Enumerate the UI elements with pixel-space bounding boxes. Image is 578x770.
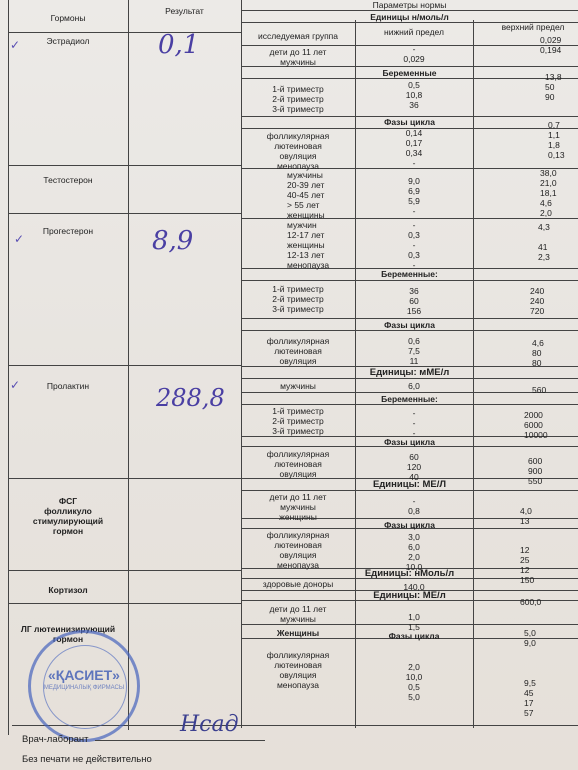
column-header-lower: нижний предел [355, 27, 473, 37]
column-header-result: Результат [128, 6, 241, 16]
column-header-hormones: Гормоны [8, 13, 128, 23]
table-cell-text: 9,5 [524, 678, 536, 688]
table-cell-text: мужчины [241, 57, 355, 67]
table-cell-text [538, 232, 550, 242]
table-cell-text: 240 [530, 296, 544, 306]
table-cell-text: 240240720 [530, 286, 544, 316]
lab-results-sheet: Гормоны Результат Параметры нормы Единиц… [0, 0, 578, 770]
table-cell-text: -0,8 [355, 496, 473, 516]
table-rule [241, 330, 578, 331]
table-cell-text: 0,8 [355, 506, 473, 516]
hormone-name-testosterone: Тестостерон [8, 175, 128, 185]
table-cell-text: 36 [355, 100, 473, 110]
table-cell-text: 2,3 [538, 252, 550, 262]
table-cell-text: 1,01,5 [355, 612, 473, 632]
table-cell-text: 45 [524, 688, 536, 698]
table-cell-text: мужчины [241, 502, 355, 512]
table-cell-text: - [355, 206, 473, 216]
table-cell-text: 240 [530, 286, 544, 296]
table-cell-text: 4,3 [538, 222, 550, 232]
hormone-name-prolactin: Пролактин [8, 381, 128, 391]
table-cell-text: 9,06,95,9- [355, 176, 473, 216]
units-label: Единицы: МЕ/Л [241, 480, 578, 490]
table-cell-text: 0,3 [355, 230, 473, 240]
table-cell-text: 0,67,511 [355, 336, 473, 366]
table-cell-text: 0,140,170,34- [355, 128, 473, 168]
table-cell-text: 0,029 [540, 35, 561, 45]
table-cell-text: овуляция [241, 356, 355, 366]
table-cell-text: фолликулярная [241, 336, 355, 346]
table-cell-text: 25 [520, 555, 534, 565]
table-cell-text: 4,68080 [532, 338, 544, 368]
table-cell-text: 57 [524, 708, 536, 718]
table-cell-text: 0,3 [355, 250, 473, 260]
table-cell-text: 7,5 [355, 346, 473, 356]
table-cell-text: 0,5 [355, 80, 473, 90]
table-rule [8, 603, 241, 604]
table-cell-text: 0,14 [355, 128, 473, 138]
table-cell-text: 6,0 [355, 381, 473, 391]
table-cell-text: 10,8 [355, 90, 473, 100]
table-cell-text: мужчины [241, 614, 355, 624]
table-cell-text: здоровые доноры [241, 579, 355, 589]
column-header-upper: верхний предел [473, 22, 578, 32]
table-cell-text: 4,6 [540, 198, 557, 208]
table-rule [241, 318, 578, 319]
table-cell-text: фолликулярнаялютеиноваяовуляция [241, 449, 355, 479]
section-pregnant: Беременные [241, 68, 578, 78]
table-cell-text: дети до 11 лет [241, 492, 355, 502]
table-cell-text: 18,1 [540, 188, 557, 198]
table-cell-text: 5,0 [524, 628, 536, 638]
table-cell-text: 12 [520, 545, 534, 555]
section-cycle-phases: Фазы цикла [241, 117, 578, 127]
hormone-name-fsh: ФСГфолликулостимулирующийгормон [8, 496, 128, 536]
table-cell-text: 38,021,018,14,62,0 [540, 168, 557, 218]
table-cell-text: гормон [8, 526, 128, 536]
table-cell-text: 13,85090 [545, 72, 562, 102]
table-cell-text: лютеиновая [241, 141, 355, 151]
table-cell-text: 3660156 [355, 286, 473, 316]
table-cell-text: 900 [528, 466, 542, 476]
section-cycle-phases: Фазы цикла [241, 437, 578, 447]
table-cell-text: фолликулярнаялютеиноваяовуляцияменопауза [241, 530, 355, 570]
table-cell-text: - [355, 220, 473, 230]
table-cell-text: 3,0 [355, 532, 473, 542]
signature-line [95, 740, 265, 741]
table-cell-text: стимулирующий [8, 516, 128, 526]
table-cell-text: 2-й триместр [241, 94, 355, 104]
table-cell-text: 1,0 [355, 612, 473, 622]
table-cell-text: 2,0 [355, 662, 473, 672]
table-cell-text: 0,6 [355, 336, 473, 346]
table-rule [241, 378, 578, 379]
table-cell-text: 4,6 [532, 338, 544, 348]
table-cell-text: > 55 лет [287, 200, 325, 210]
table-rule [241, 78, 578, 79]
table-rule [8, 570, 241, 571]
table-cell-text: 0,5 [355, 682, 473, 692]
column-header-norms: Параметры нормы [241, 0, 578, 10]
table-cell-text: мужчины20-39 лет40-45 лет> 55 летженщины [287, 170, 325, 220]
table-cell-text: - [355, 408, 473, 418]
table-cell-text: 5,09,0 [524, 628, 536, 648]
table-cell-text: дети до 11 лет [241, 604, 355, 614]
table-cell-text: 11 [355, 356, 473, 366]
table-cell-text: 3-й триместр [241, 426, 355, 436]
table-cell-text: 0,13 [548, 150, 565, 160]
table-cell-text: 80 [532, 348, 544, 358]
table-cell-text: 1-й триместр2-й триместр3-й триместр [241, 406, 355, 436]
table-cell-text: 9,5451757 [524, 678, 536, 718]
table-cell-text: 5,9 [355, 196, 473, 206]
section-pregnant: Беременные: [241, 394, 578, 404]
section-pregnant: Беременные: [241, 269, 578, 279]
table-cell-text: 41 [538, 242, 550, 252]
table-cell-text: дети до 11 лет [241, 47, 355, 57]
table-rule [241, 404, 578, 405]
table-cell-text: - [355, 418, 473, 428]
table-cell-text: 36 [355, 286, 473, 296]
table-rule [8, 365, 241, 366]
table-cell-text: фолликулярная [241, 650, 355, 660]
table-cell-text: 0,7 [548, 120, 565, 130]
table-cell-text: 2000600010000 [524, 410, 548, 440]
table-cell-text: лютеиновая [241, 660, 355, 670]
table-cell-text: фолликулярная [241, 131, 355, 141]
table-cell-text: 20-39 лет [287, 180, 325, 190]
table-cell-text: лютеиновая [241, 459, 355, 469]
table-cell-text: 5,0 [355, 692, 473, 702]
table-cell-text: 1-й триместр [241, 84, 355, 94]
table-cell-text: лютеиновая [241, 540, 355, 550]
table-cell-text: фолликулярнаялютеиноваяовуляцияменопауза [241, 131, 355, 171]
table-cell-text: 600 [528, 456, 542, 466]
table-cell-text: дети до 11 летмужчиныженщины [241, 492, 355, 522]
table-cell-text: мужчин [287, 220, 329, 230]
table-rule [8, 478, 241, 479]
table-cell-text: 2,0 [540, 208, 557, 218]
table-cell-text: 2000 [524, 410, 548, 420]
table-cell-text: овуляция [241, 469, 355, 479]
table-cell-text: 90 [545, 92, 562, 102]
column-header-group: исследуемая группа [241, 31, 355, 41]
table-cell-text: 120 [355, 462, 473, 472]
table-cell-text: 1-й триместр2-й триместр3-й триместр [241, 84, 355, 114]
table-cell-text: «ҚАСИЕТ» [31, 667, 137, 683]
table-cell-text: 0,34 [355, 148, 473, 158]
table-cell-text: 6,0 [355, 542, 473, 552]
table-cell-text: 6,9 [355, 186, 473, 196]
table-cell-text: овуляция [241, 670, 355, 680]
table-cell-text: фолликулярная [241, 530, 355, 540]
table-cell-text: мужчины [287, 170, 325, 180]
table-cell-text: 60 [355, 452, 473, 462]
table-cell-text: 10,0 [355, 672, 473, 682]
table-cell-text: менопауза [241, 680, 355, 690]
hormone-name-cortisol: Кортизол [8, 585, 128, 595]
table-cell-text: 1-й триместр [241, 284, 355, 294]
table-cell-text: -0,3-0,3- [355, 220, 473, 270]
table-cell-text: 720 [530, 306, 544, 316]
table-cell-text: 3-й триместр [241, 104, 355, 114]
table-cell-text: 1-й триместр [241, 406, 355, 416]
table-cell-text: овуляция [241, 151, 355, 161]
signature: Нсад [180, 712, 239, 737]
table-cell-text: Женщины [241, 628, 355, 638]
table-cell-text: - [355, 240, 473, 250]
units-label: Единицы н/моль/л [241, 12, 578, 22]
table-cell-text: 13,8 [545, 72, 562, 82]
table-cell-text: 2-й триместр [241, 294, 355, 304]
table-cell-text: 12-13 лет [287, 250, 329, 260]
table-cell-text: 156 [355, 306, 473, 316]
table-cell-text: - [355, 158, 473, 168]
table-cell-text: овуляция [241, 550, 355, 560]
table-cell-text: 1,1 [548, 130, 565, 140]
table-cell-text: 0,029 [355, 54, 473, 64]
doctor-label: Врач-лаборант [22, 735, 89, 745]
clinic-stamp: «ҚАСИЕТ» МЕДИЦИНАЛЫҚ ФИРМАСЫ [28, 630, 140, 742]
units-label: Единицы: МЕ/л [241, 591, 578, 601]
section-cycle-phases: Фазы цикла [241, 520, 578, 530]
table-rule [241, 392, 578, 393]
table-cell-text: мужчины [241, 381, 355, 391]
table-cell-text: фолликулярнаялютеиноваяовуляция [241, 336, 355, 366]
estradiol-lower-1: -0,029 [355, 44, 473, 64]
table-cell-text: 4,0 [520, 506, 532, 516]
table-cell-text: 3,06,02,010,0 [355, 532, 473, 572]
table-cell-text: 21,0 [540, 178, 557, 188]
table-cell-text: 9,0 [524, 638, 536, 648]
result-progesterone: 8,9 [152, 226, 193, 256]
table-cell-text: 122512150 [520, 545, 534, 585]
table-cell-text: 60 [355, 296, 473, 306]
table-rule [8, 165, 241, 166]
table-cell-text: - [355, 44, 473, 54]
table-cell-text: 0,17 [355, 138, 473, 148]
table-rule [241, 280, 578, 281]
result-estradiol: 0,1 [158, 30, 199, 60]
table-cell-text: 17 [524, 698, 536, 708]
table-cell-text: --- [355, 408, 473, 438]
table-cell-text: 50 [545, 82, 562, 92]
hormone-name-estradiol: Эстрадиол [8, 36, 128, 46]
table-cell-text: 1-й триместр2-й триместр3-й триместр [241, 284, 355, 314]
table-cell-text: 1,8 [548, 140, 565, 150]
validity-note: Без печати не действительно [22, 755, 152, 765]
table-cell-text: 12-17 лет [287, 230, 329, 240]
table-rule [241, 490, 578, 491]
section-cycle-phases: Фазы цикла [241, 320, 578, 330]
table-cell-text: дети до 11 летмужчины [241, 604, 355, 624]
table-cell-text: фолликулярнаялютеиноваяовуляцияменопауза [241, 650, 355, 690]
table-cell-text: МЕДИЦИНАЛЫҚ ФИРМАСЫ [31, 685, 137, 692]
table-cell-text: 4,3412,3 [538, 222, 550, 262]
table-cell-text: 40-45 лет [287, 190, 325, 200]
table-cell-text: 2,0 [355, 552, 473, 562]
table-cell-text: фолликуло [8, 506, 128, 516]
table-cell-text: 2-й триместр [241, 416, 355, 426]
table-cell-text: 80 [532, 358, 544, 368]
units-label: Единицы: нМоль/л [241, 569, 578, 579]
table-cell-text: мужчин12-17 летженщины12-13 летменопауза [287, 220, 329, 270]
table-cell-text: 9,0 [355, 176, 473, 186]
units-label: Единицы: мМЕ/л [241, 368, 578, 378]
table-cell-text: 6000 [524, 420, 548, 430]
result-prolactin: 288,8 [156, 384, 225, 412]
estradiol-groups-1: дети до 11 летмужчины [241, 47, 355, 67]
estradiol-upper-1: 0,0290,194 [540, 35, 561, 55]
table-cell-text: фолликулярная [241, 449, 355, 459]
table-cell-text: 6012040 [355, 452, 473, 482]
table-cell-text: 3-й триместр [241, 304, 355, 314]
table-rule [8, 32, 241, 33]
table-cell-text: - [355, 496, 473, 506]
table-cell-text: ФСГ [8, 496, 128, 506]
table-cell-text: 0,510,836 [355, 80, 473, 110]
table-cell-text: 0,71,11,80,13 [548, 120, 565, 160]
table-cell-text: 2,010,00,55,0 [355, 662, 473, 702]
table-cell-text: женщины [287, 210, 325, 220]
table-rule [8, 213, 241, 214]
table-rule [241, 10, 578, 11]
table-cell-text: 38,0 [540, 168, 557, 178]
table-cell-text: лютеиновая [241, 346, 355, 356]
section-cycle-phases: Фазы цикла [355, 631, 473, 641]
table-cell-text: женщины [287, 240, 329, 250]
table-cell-text: 0,194 [540, 45, 561, 55]
hormone-name-progesterone: Прогестерон [8, 226, 128, 236]
